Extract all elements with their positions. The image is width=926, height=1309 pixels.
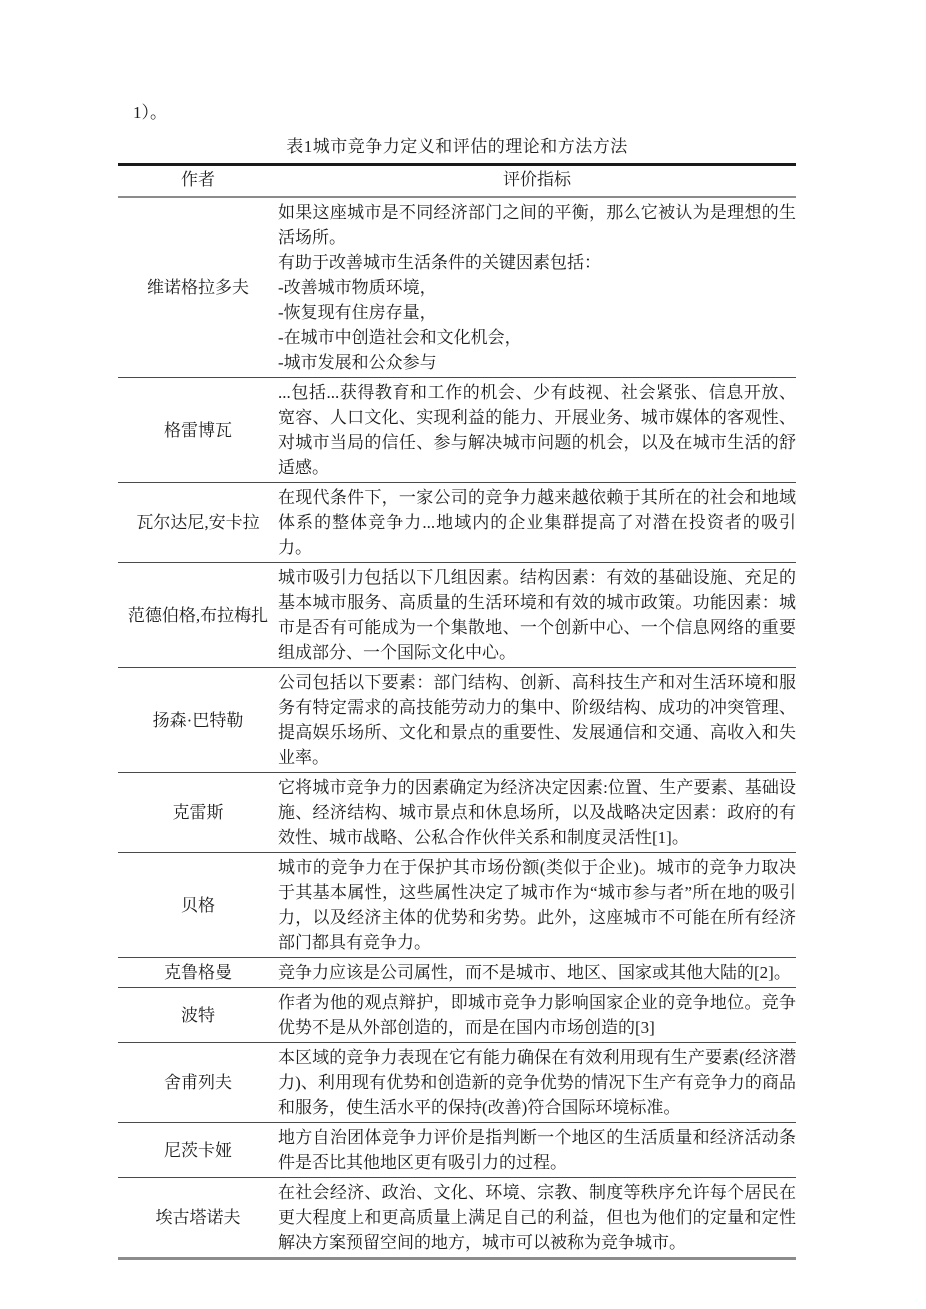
intro-text: 1）。: [133, 102, 796, 124]
indicator-paragraph: 城市吸引力包括以下几组因素。结构因素：有效的基础设施、充足的基本城市服务、高质量…: [278, 565, 796, 665]
indicator-paragraph: -城市发展和公众参与: [278, 350, 796, 375]
indicator-paragraph: 本区域的竞争力表现在它有能力确保在有效利用现有生产要素(经济潜力)、利用现有优势…: [278, 1045, 796, 1120]
author-cell: 范德伯格,布拉梅扎: [118, 563, 278, 668]
indicator-paragraph: -改善城市物质环境，: [278, 275, 796, 300]
table-row: 克雷斯它将城市竞争力的因素确定为经济决定因素:位置、生产要素、基础设施、经济结构…: [118, 773, 796, 853]
author-cell: 尼茨卡娅: [118, 1123, 278, 1178]
author-cell: 埃古塔诺夫: [118, 1178, 278, 1259]
table-row: 波特作者为他的观点辩护，即城市竞争力影响国家企业的竞争地位。竞争优势不是从外部创…: [118, 988, 796, 1043]
indicator-paragraph: 在现代条件下，一家公司的竞争力越来越依赖于其所在的社会和地域体系的整体竞争力..…: [278, 485, 796, 560]
indicator-paragraph: 作者为他的观点辩护，即城市竞争力影响国家企业的竞争地位。竞争优势不是从外部创造的…: [278, 990, 796, 1040]
indicator-paragraph: 竞争力应该是公司属性，而不是城市、地区、国家或其他大陆的[2]。: [278, 960, 796, 985]
author-cell: 克雷斯: [118, 773, 278, 853]
table-row: 舍甫列夫本区域的竞争力表现在它有能力确保在有效利用现有生产要素(经济潜力)、利用…: [118, 1043, 796, 1123]
indicator-paragraph: 地方自治团体竞争力评价是指判断一个地区的生活质量和经济活动条件是否比其他地区更有…: [278, 1125, 796, 1175]
indicator-paragraph: 它将城市竞争力的因素确定为经济决定因素:位置、生产要素、基础设施、经济结构、城市…: [278, 775, 796, 850]
table-row: 扬森·巴特勒公司包括以下要素：部门结构、创新、高科技生产和对生活环境和服务有特定…: [118, 668, 796, 773]
header-row: 作者 评价指标: [118, 165, 796, 198]
author-cell: 波特: [118, 988, 278, 1043]
indicator-cell: 作者为他的观点辩护，即城市竞争力影响国家企业的竞争地位。竞争优势不是从外部创造的…: [278, 988, 796, 1043]
author-cell: 舍甫列夫: [118, 1043, 278, 1123]
document-page: 1）。 表1城市竞争力定义和评估的理论和方法方法 作者 评价指标 维诺格拉多夫如…: [0, 0, 926, 1309]
table-row: 尼茨卡娅地方自治团体竞争力评价是指判断一个地区的生活质量和经济活动条件是否比其他…: [118, 1123, 796, 1178]
author-cell: 克鲁格曼: [118, 958, 278, 988]
indicator-paragraph: 城市的竞争力在于保护其市场份额(类似于企业)。城市的竞争力取决于其基本属性，这些…: [278, 855, 796, 955]
indicator-paragraph: 如果这座城市是不同经济部门之间的平衡，那么它被认为是理想的生活场所。: [278, 200, 796, 250]
table-row: 格雷博瓦...包括...获得教育和工作的机会、少有歧视、社会紧张、信息开放、宽容…: [118, 378, 796, 483]
indicator-paragraph: ...包括...获得教育和工作的机会、少有歧视、社会紧张、信息开放、宽容、人口文…: [278, 380, 796, 480]
table-body: 维诺格拉多夫如果这座城市是不同经济部门之间的平衡，那么它被认为是理想的生活场所。…: [118, 197, 796, 1259]
indicator-cell: 在现代条件下，一家公司的竞争力越来越依赖于其所在的社会和地域体系的整体竞争力..…: [278, 483, 796, 563]
indicator-cell: 本区域的竞争力表现在它有能力确保在有效利用现有生产要素(经济潜力)、利用现有优势…: [278, 1043, 796, 1123]
indicator-cell: 城市吸引力包括以下几组因素。结构因素：有效的基础设施、充足的基本城市服务、高质量…: [278, 563, 796, 668]
author-cell: 扬森·巴特勒: [118, 668, 278, 773]
table-row: 埃古塔诺夫在社会经济、政治、文化、环境、宗教、制度等秩序允许每个居民在更大程度上…: [118, 1178, 796, 1259]
author-cell: 贝格: [118, 853, 278, 958]
author-cell: 格雷博瓦: [118, 378, 278, 483]
author-cell: 瓦尔达尼,安卡拉: [118, 483, 278, 563]
indicator-paragraph: 有助于改善城市生活条件的关键因素包括：: [278, 250, 796, 275]
table-row: 瓦尔达尼,安卡拉在现代条件下，一家公司的竞争力越来越依赖于其所在的社会和地域体系…: [118, 483, 796, 563]
indicator-cell: 城市的竞争力在于保护其市场份额(类似于企业)。城市的竞争力取决于其基本属性，这些…: [278, 853, 796, 958]
indicator-paragraph: 在社会经济、政治、文化、环境、宗教、制度等秩序允许每个居民在更大程度上和更高质量…: [278, 1180, 796, 1255]
indicator-paragraph: -恢复现有住房存量，: [278, 300, 796, 325]
indicator-cell: ...包括...获得教育和工作的机会、少有歧视、社会紧张、信息开放、宽容、人口文…: [278, 378, 796, 483]
indicator-cell: 在社会经济、政治、文化、环境、宗教、制度等秩序允许每个居民在更大程度上和更高质量…: [278, 1178, 796, 1259]
indicator-cell: 竞争力应该是公司属性，而不是城市、地区、国家或其他大陆的[2]。: [278, 958, 796, 988]
column-header-author: 作者: [118, 165, 278, 198]
indicator-paragraph: 公司包括以下要素：部门结构、创新、高科技生产和对生活环境和服务有特定需求的高技能…: [278, 670, 796, 770]
table-title: 表1城市竞争力定义和评估的理论和方法方法: [118, 136, 796, 158]
competitiveness-table: 作者 评价指标 维诺格拉多夫如果这座城市是不同经济部门之间的平衡，那么它被认为是…: [118, 163, 796, 1260]
indicator-cell: 它将城市竞争力的因素确定为经济决定因素:位置、生产要素、基础设施、经济结构、城市…: [278, 773, 796, 853]
table-row: 维诺格拉多夫如果这座城市是不同经济部门之间的平衡，那么它被认为是理想的生活场所。…: [118, 197, 796, 378]
indicator-cell: 如果这座城市是不同经济部门之间的平衡，那么它被认为是理想的生活场所。有助于改善城…: [278, 197, 796, 378]
table-header: 作者 评价指标: [118, 165, 796, 198]
indicator-cell: 地方自治团体竞争力评价是指判断一个地区的生活质量和经济活动条件是否比其他地区更有…: [278, 1123, 796, 1178]
table-row: 贝格城市的竞争力在于保护其市场份额(类似于企业)。城市的竞争力取决于其基本属性，…: [118, 853, 796, 958]
column-header-indicator: 评价指标: [278, 165, 796, 198]
author-cell: 维诺格拉多夫: [118, 197, 278, 378]
table-row: 范德伯格,布拉梅扎城市吸引力包括以下几组因素。结构因素：有效的基础设施、充足的基…: [118, 563, 796, 668]
indicator-cell: 公司包括以下要素：部门结构、创新、高科技生产和对生活环境和服务有特定需求的高技能…: [278, 668, 796, 773]
indicator-paragraph: -在城市中创造社会和文化机会，: [278, 325, 796, 350]
table-row: 克鲁格曼竞争力应该是公司属性，而不是城市、地区、国家或其他大陆的[2]。: [118, 958, 796, 988]
